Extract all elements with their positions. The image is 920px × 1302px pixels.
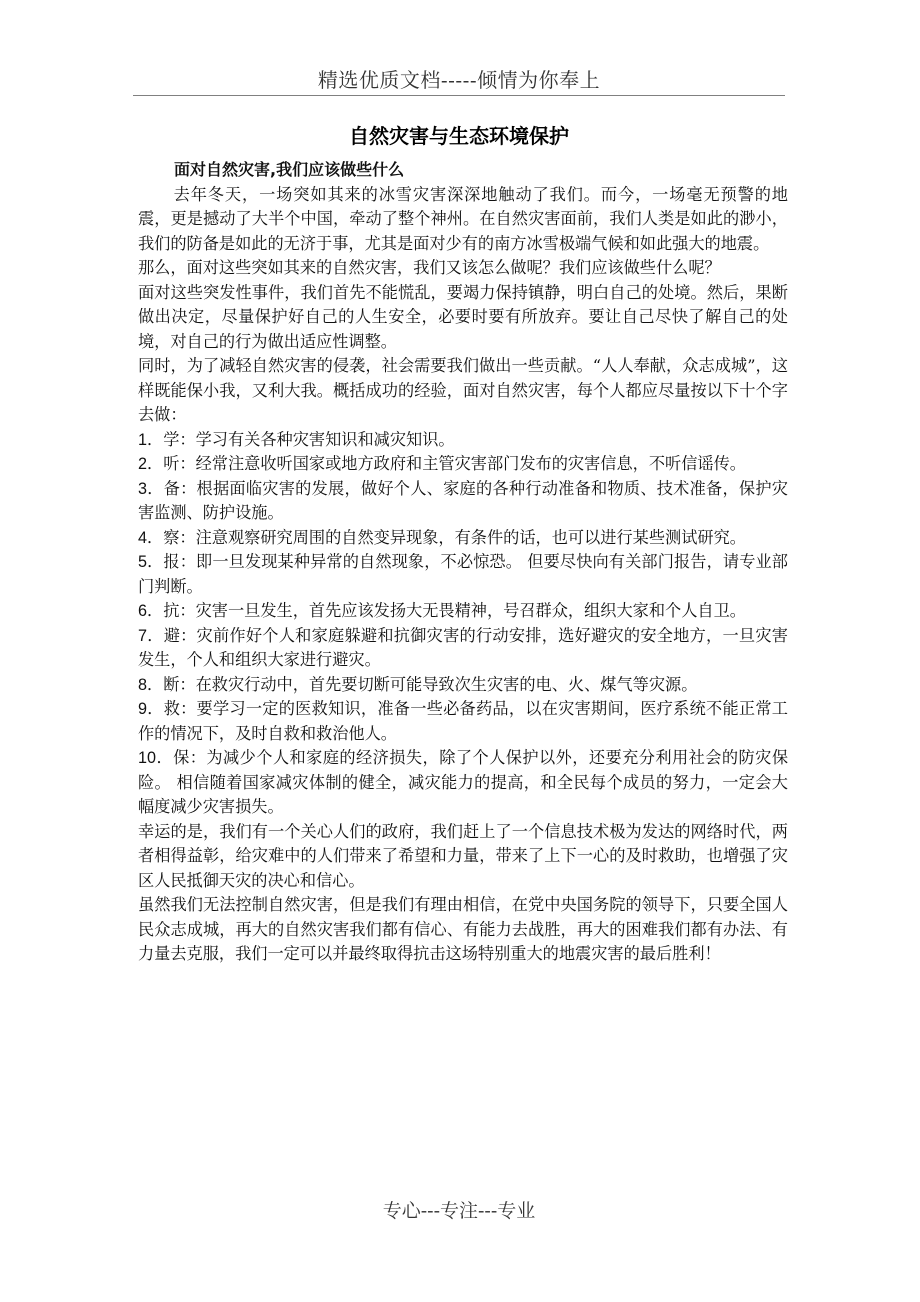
list-item-text: 听：经常注意收听国家或地方政府和主管灾害部门发布的灾害信息，不听信谣传。 [163, 454, 746, 473]
closing-paragraph: 幸运的是，我们有一个关心人们的政府，我们赶上了一个信息技术极为发达的网络时代，两… [138, 820, 788, 894]
list-item: 3．备：根据面临灾害的发展，做好个人、家庭的各种行动准备和物质、技术准备，保护灾… [138, 477, 788, 526]
page-header: 精选优质文档-----倾情为你奉上 [133, 64, 785, 93]
ten-word-list: 1．学：学习有关各种灾害知识和减灾知识。 2．听：经常注意收听国家或地方政府和主… [138, 428, 788, 820]
list-item-number: 1． [138, 431, 163, 449]
list-item-text: 避：灾前作好个人和家庭躲避和抗御灾害的行动安排，选好避灾的安全地方，一旦灾害发生… [138, 626, 788, 670]
document-body: 面对自然灾害,我们应该做些什么 去年冬天，一场突如其来的冰雪灾害深深地触动了我们… [138, 158, 788, 967]
closing-paragraph: 虽然我们无法控制自然灾害，但是我们有理由相信，在党中央国务院的领导下，只要全国人… [138, 893, 788, 967]
list-item-text: 保：为减少个人和家庭的经济损失，除了个人保护以外，还要充分利用社会的防灾保险。 … [138, 748, 788, 816]
intro-paragraph: 去年冬天，一场突如其来的冰雪灾害深深地触动了我们。而今，一场毫无预警的地震，更是… [138, 183, 788, 257]
intro-paragraph: 那么，面对这些突如其来的自然灾害，我们又该怎么做呢？我们应该做些什么呢？ [138, 256, 788, 281]
section-subheading: 面对自然灾害,我们应该做些什么 [138, 158, 788, 183]
list-item-number: 3． [138, 480, 164, 498]
intro-paragraph: 同时，为了减轻自然灾害的侵袭，社会需要我们做出一些贡献。“人人奉献，众志成城”，… [138, 354, 788, 428]
list-item-number: 8． [138, 676, 163, 694]
list-item-number: 4． [138, 529, 163, 547]
list-item-number: 7． [138, 627, 164, 645]
list-item: 5．报：即一旦发现某种异常的自然现象，不必惊恐。 但要尽快向有关部门报告，请专业… [138, 550, 788, 599]
document-title: 自然灾害与生态环境保护 [133, 120, 785, 149]
list-item-text: 察：注意观察研究周围的自然变异现象，有条件的话，也可以进行某些测试研究。 [163, 528, 746, 547]
list-item-number: 6． [138, 602, 163, 620]
list-item-number: 2． [138, 455, 163, 473]
list-item: 4．察：注意观察研究周围的自然变异现象，有条件的话，也可以进行某些测试研究。 [138, 526, 788, 551]
list-item-text: 学：学习有关各种灾害知识和减灾知识。 [163, 430, 454, 449]
intro-paragraph: 面对这些突发性事件，我们首先不能慌乱，要竭力保持镇静，明白自己的处境。然后，果断… [138, 281, 788, 355]
page-footer: 专心---专注---专业 [133, 1196, 785, 1223]
list-item: 9．救：要学习一定的医救知识，准备一些必备药品，以在灾害期间，医疗系统不能正常工… [138, 697, 788, 746]
list-item-text: 救：要学习一定的医救知识，准备一些必备药品，以在灾害期间，医疗系统不能正常工作的… [138, 699, 788, 743]
list-item-text: 报：即一旦发现某种异常的自然现象，不必惊恐。 但要尽快向有关部门报告，请专业部门… [138, 552, 788, 596]
list-item-text: 备：根据面临灾害的发展，做好个人、家庭的各种行动准备和物质、技术准备，保护灾害监… [138, 479, 788, 523]
list-item-number: 9． [138, 700, 164, 718]
list-item-number: 10． [138, 749, 173, 767]
list-item: 1．学：学习有关各种灾害知识和减灾知识。 [138, 428, 788, 453]
header-divider [133, 95, 785, 96]
list-item: 10．保：为减少个人和家庭的经济损失，除了个人保护以外，还要充分利用社会的防灾保… [138, 746, 788, 820]
list-item-number: 5． [138, 553, 163, 571]
list-item: 6．抗：灾害一旦发生，首先应该发扬大无畏精神，号召群众，组织大家和个人自卫。 [138, 599, 788, 624]
list-item-text: 断：在救灾行动中，首先要切断可能导致次生灾害的电、火、煤气等灾源。 [163, 675, 697, 694]
list-item: 8．断：在救灾行动中，首先要切断可能导致次生灾害的电、火、煤气等灾源。 [138, 673, 788, 698]
list-item: 2．听：经常注意收听国家或地方政府和主管灾害部门发布的灾害信息，不听信谣传。 [138, 452, 788, 477]
list-item-text: 抗：灾害一旦发生，首先应该发扬大无畏精神，号召群众，组织大家和个人自卫。 [163, 601, 746, 620]
list-item: 7．避：灾前作好个人和家庭躲避和抗御灾害的行动安排，选好避灾的安全地方，一旦灾害… [138, 624, 788, 673]
